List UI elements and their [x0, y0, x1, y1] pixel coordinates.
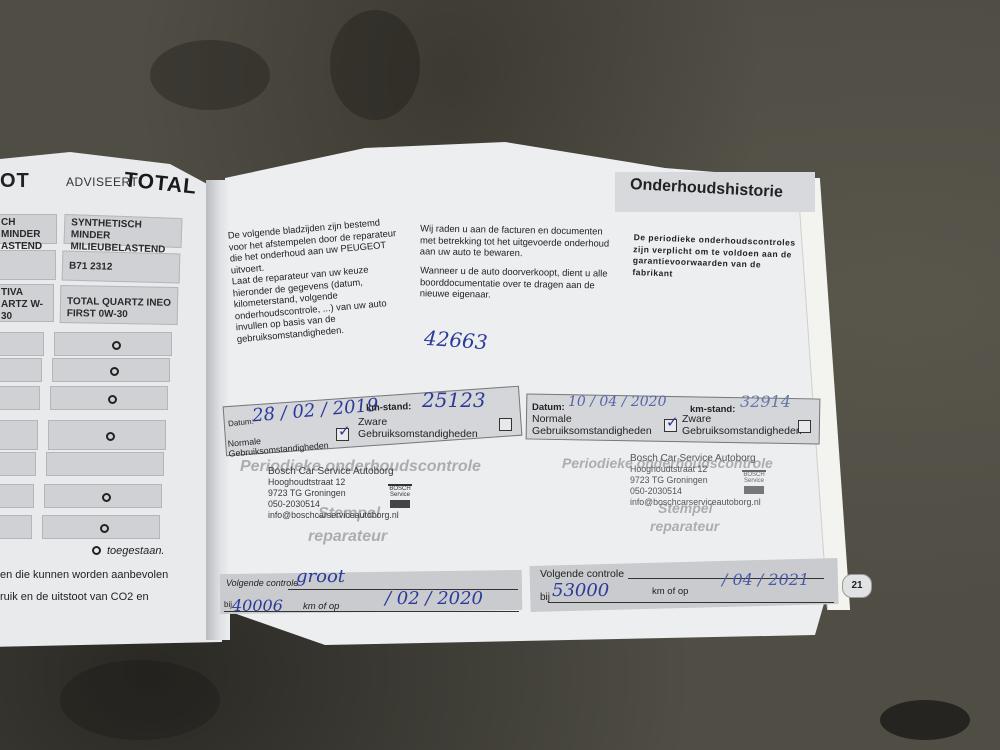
logo-shape: [390, 500, 410, 508]
approval-cell: [0, 358, 42, 382]
footer-line: en die kunnen worden aanbevolen: [0, 569, 168, 581]
ghost-repairer-label: reparateur: [308, 528, 387, 546]
stamp-city: 9723 TG Groningen: [268, 488, 399, 499]
check-mark-icon: ✓: [338, 422, 351, 440]
approval-cell: [0, 484, 34, 508]
floor-stain: [60, 660, 220, 740]
oil-column-header: CH MINDER ASTEND 5W-30: [0, 214, 57, 244]
stamp-street: Hooghoudtstraat 12: [268, 477, 399, 488]
date-label: Datum:: [532, 402, 565, 413]
stamp-name: Bosch Car Service Autoborg: [268, 466, 399, 477]
service-date[interactable]: 10 / 04 / 2020: [568, 394, 667, 410]
km-label: km-stand:: [366, 401, 412, 414]
intro-text-col1: De volgende bladzijden zijn bestemd voor…: [227, 215, 408, 345]
stamp-name: Bosch Car Service Autoborg: [630, 453, 761, 464]
allowed-mark-icon: [112, 341, 121, 350]
oil-product: TOTAL QUARTZ INEO FIRST 0W-30: [60, 285, 179, 325]
ghost-repairer-label: reparateur: [650, 518, 719, 534]
brand-header: OT: [0, 170, 30, 193]
logo-text: BOSCH Service: [742, 472, 766, 484]
oil-code: B71 2312: [62, 250, 181, 283]
next-service-date[interactable]: / 04 / 2021: [722, 570, 809, 589]
next-service-km[interactable]: 53000: [552, 580, 609, 601]
allowed-mark-icon: [100, 524, 109, 533]
legend-text: toegestaan.: [107, 545, 165, 557]
intro-text-col3: De periodieke onderhoudscontroles zijn v…: [632, 232, 802, 284]
km-or-label: km of op: [652, 586, 688, 597]
logo-shape: [744, 486, 764, 494]
allowed-mark-icon: [92, 546, 101, 555]
floor-stain: [330, 10, 420, 120]
heavy-usage-checkbox[interactable]: [798, 420, 811, 433]
at-label: bij: [224, 600, 232, 609]
stamp-email: info@boschcarserviceautoborg.nl: [268, 510, 399, 521]
approval-cell: [0, 386, 40, 410]
approval-cell: [0, 332, 44, 356]
heavy-usage-label: Zware Gebruiksomstandigheden: [358, 416, 498, 440]
floor-stain: [150, 40, 270, 110]
stamp-phone: 050-2030514: [268, 499, 399, 510]
underline: [224, 611, 519, 612]
normal-usage-label: Normale Gebruiksomstandigheden: [532, 413, 667, 437]
heavy-usage-label: Zware Gebruiksomstandigheden: [682, 413, 802, 437]
approval-cell: [0, 452, 36, 476]
allowed-legend: toegestaan.: [92, 545, 165, 557]
allowed-mark-icon: [108, 395, 117, 404]
allowed-mark-icon: [106, 432, 115, 441]
next-service-date[interactable]: / 02 / 2020: [385, 588, 483, 609]
oil-code: [0, 250, 56, 280]
allowed-mark-icon: [110, 367, 119, 376]
next-control-label: Volgende controle: [540, 568, 624, 580]
page-number: 21: [842, 574, 872, 598]
service-km[interactable]: 25123: [422, 388, 486, 412]
approval-cell: [0, 420, 38, 450]
approval-cell: [46, 452, 164, 476]
normal-usage-checkbox[interactable]: ✓: [336, 428, 349, 441]
approval-cell: [0, 515, 32, 539]
repairer-stamp: Bosch Car Service Autoborg Hooghoudtstra…: [268, 466, 399, 521]
bosch-service-logo: BOSCH Service: [388, 484, 412, 520]
handwritten-note: 42663: [423, 326, 488, 354]
service-km[interactable]: 32914: [740, 392, 791, 411]
next-control-label: Volgende controle: [226, 578, 298, 588]
allowed-mark-icon: [102, 493, 111, 502]
logo-text: BOSCH Service: [388, 486, 412, 498]
heavy-usage-checkbox[interactable]: [499, 418, 512, 431]
underline: [548, 602, 834, 603]
intro-text-col2b: Wanneer u de auto doorverkoopt, dient u …: [420, 264, 616, 302]
check-mark-icon: ✓: [666, 413, 679, 431]
normal-usage-checkbox[interactable]: ✓: [664, 419, 677, 432]
oil-product: TIVA ARTZ W-30: [0, 284, 54, 322]
next-service-type[interactable]: groot: [296, 566, 345, 587]
bosch-service-logo: BOSCH Service: [742, 470, 766, 506]
next-service-km[interactable]: 40006: [232, 596, 283, 615]
floor-stain: [880, 700, 970, 740]
intro-text-col2a: Wij raden u aan de facturen en documente…: [420, 222, 611, 260]
oil-column-header: SYNTHETISCH MINDER MILIEUBELASTEND 0W-30: [64, 214, 183, 248]
footer-line: ruik en de uitstoot van CO2 en: [0, 591, 149, 603]
